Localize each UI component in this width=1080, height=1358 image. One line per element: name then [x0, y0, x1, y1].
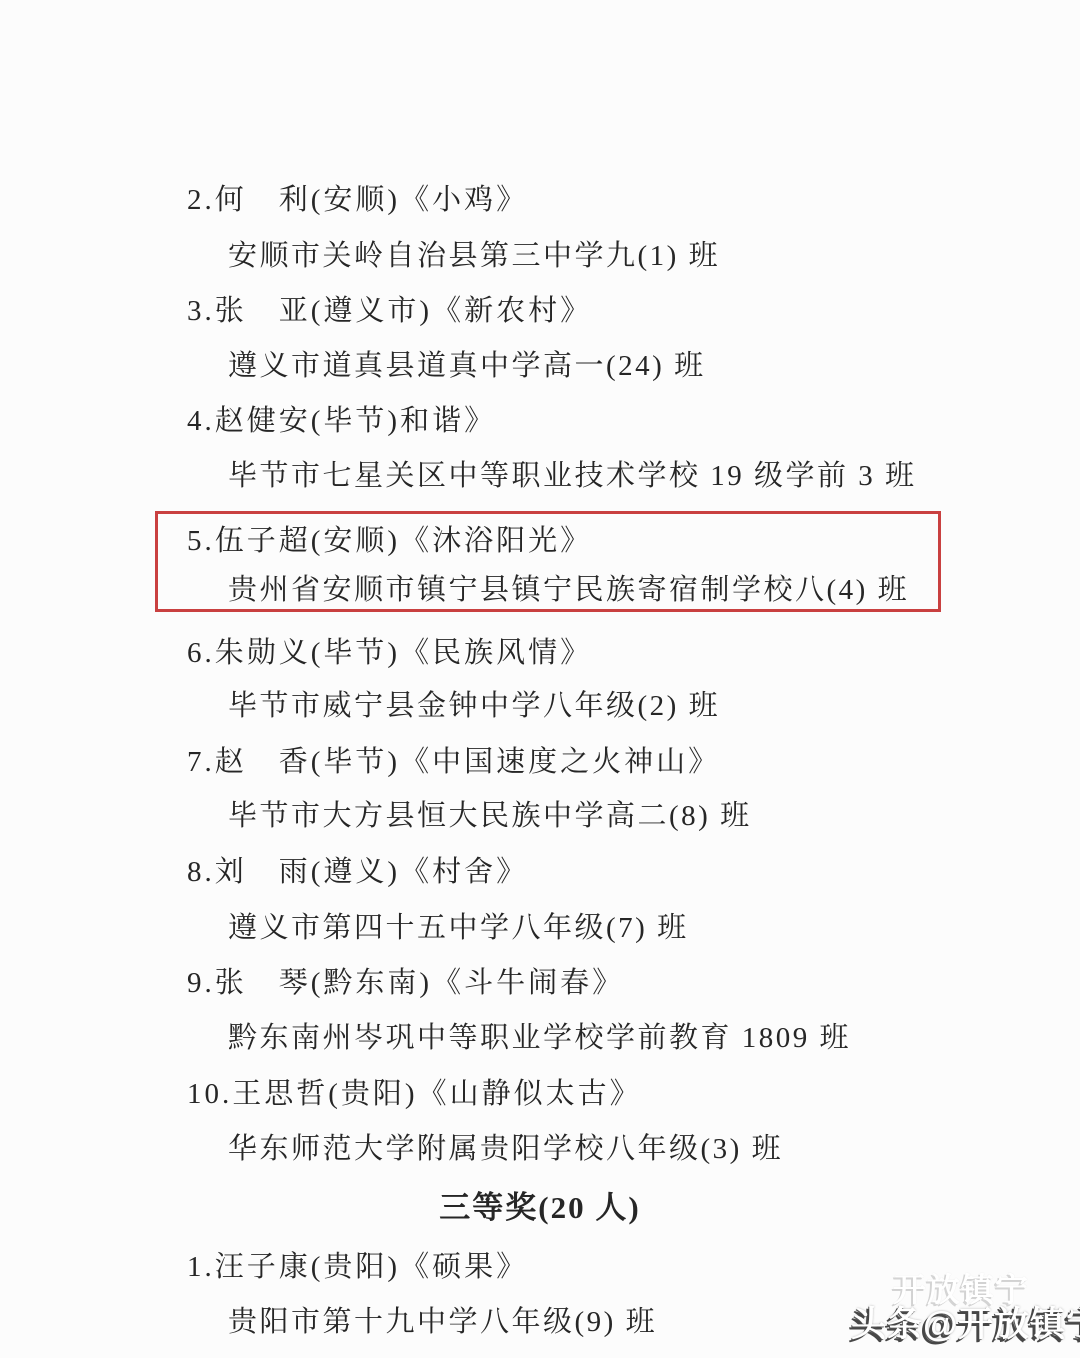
entry-line: 4.赵健安(毕节)和谐》 — [187, 407, 496, 436]
school-line: 安顺市关岭自治县第三中学九(1) 班 — [228, 242, 720, 271]
document-page: 2.何 利(安顺)《小鸡》 安顺市关岭自治县第三中学九(1) 班 3.张 亚(遵… — [0, 0, 1080, 1358]
entry-line: 1.汪子康(贵阳)《硕果》 — [187, 1253, 528, 1282]
third-prize-heading: 三等奖(20 人) — [0, 1192, 1080, 1223]
school-line: 毕节市七星关区中等职业技术学校 19 级学前 3 班 — [228, 462, 917, 491]
entry-line: 8.刘 雨(遵义)《村舍》 — [187, 858, 528, 887]
entry-line: 3.张 亚(遵义市)《新农村》 — [187, 297, 592, 326]
school-line: 毕节市大方县恒大民族中学高二(8) 班 — [228, 802, 752, 831]
entry-line-highlighted: 5.伍子超(安顺)《沐浴阳光》 — [187, 527, 592, 556]
entry-line: 2.何 利(安顺)《小鸡》 — [187, 186, 528, 215]
school-line: 贵阳市第十九中学八年级(9) 班 — [228, 1308, 657, 1337]
school-line: 黔东南州岑巩中等职业学校学前教育 1809 班 — [228, 1024, 851, 1053]
entry-line: 7.赵 香(毕节)《中国速度之火神山》 — [187, 748, 720, 777]
school-line: 毕节市威宁县金钟中学八年级(2) 班 — [228, 692, 720, 721]
school-line: 遵义市第四十五中学八年级(7) 班 — [228, 914, 689, 943]
school-line-highlighted: 贵州省安顺市镇宁县镇宁民族寄宿制学校八(4) 班 — [228, 576, 909, 605]
entry-line: 6.朱勋义(毕节)《民族风情》 — [187, 639, 592, 668]
entry-line: 10.王思哲(贵阳)《山静似太古》 — [187, 1080, 642, 1109]
entry-line: 9.张 琴(黔东南)《斗牛闹春》 — [187, 969, 624, 998]
school-line: 华东师范大学附属贵阳学校八年级(3) 班 — [228, 1135, 783, 1164]
watermark-text: 头条@开放镇宁 — [851, 1297, 1080, 1347]
school-line: 遵义市道真县道真中学高一(24) 班 — [228, 352, 706, 381]
